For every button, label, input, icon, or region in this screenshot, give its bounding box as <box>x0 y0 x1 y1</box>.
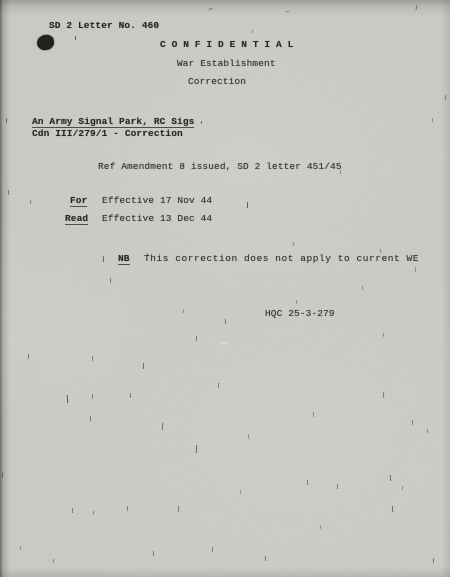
scratch-mark <box>320 525 321 529</box>
scratch-mark <box>53 559 54 563</box>
unit-subject-line: An Army Signal Park, RC Sigs <box>32 116 194 128</box>
scratch-mark <box>247 202 248 208</box>
classification-heading: C O N F I D E N T I A L <box>160 39 293 50</box>
hole-punch-dot <box>36 34 55 51</box>
nb-label: NB <box>118 253 130 265</box>
scratch-mark <box>6 118 7 123</box>
scratch-mark <box>337 484 338 489</box>
scratch-mark <box>265 556 266 561</box>
scratch-mark <box>225 319 227 324</box>
scratch-mark <box>445 95 447 100</box>
scratch-mark <box>313 412 315 417</box>
scratch-mark <box>212 547 213 552</box>
scratch-mark <box>8 190 9 195</box>
for-effective-date: Effective 17 Nov 44 <box>102 195 212 206</box>
scratch-mark <box>30 200 32 204</box>
scratch-mark <box>178 506 179 512</box>
scratch-mark <box>103 256 104 262</box>
scratch-mark <box>296 300 297 304</box>
scratch-mark <box>252 30 254 33</box>
scratch-mark <box>92 394 93 399</box>
scratch-mark <box>93 511 94 515</box>
white-speck <box>220 341 227 344</box>
scratch-mark <box>286 11 289 13</box>
scratch-mark <box>402 486 403 490</box>
scratch-mark <box>433 558 434 563</box>
scratch-mark <box>2 472 3 478</box>
scratch-mark <box>75 36 76 40</box>
read-label: Read <box>65 213 88 225</box>
scratch-mark <box>383 392 384 398</box>
scratch-mark <box>110 278 111 283</box>
amendment-reference-line: Ref Amendment 8 issued, SD 2 letter 451/… <box>98 161 342 172</box>
document-title: War Establishment <box>177 58 276 69</box>
scratch-mark <box>392 506 393 512</box>
scratch-mark <box>427 429 428 433</box>
establishment-reference-line: Cdn III/279/1 - Correction <box>32 128 183 139</box>
scratch-mark <box>240 490 241 494</box>
scratch-mark <box>415 267 416 272</box>
letter-number-line: SD 2 Letter No. 460 <box>49 20 159 31</box>
scratch-mark <box>90 416 91 421</box>
scratch-mark <box>380 249 382 253</box>
scratch-mark <box>183 309 185 313</box>
scratch-mark <box>130 393 131 398</box>
scratch-mark <box>248 434 249 439</box>
scratch-mark <box>307 480 308 485</box>
scratch-mark <box>432 118 433 122</box>
scratch-mark <box>218 383 220 388</box>
scratch-mark <box>72 508 73 513</box>
scratch-mark <box>412 420 414 425</box>
scratch-mark <box>92 356 94 361</box>
scratch-mark <box>143 363 144 369</box>
scratch-mark <box>390 475 391 481</box>
file-reference: HQC 25-3-279 <box>265 308 335 319</box>
scratch-mark <box>383 333 384 337</box>
scratch-mark <box>153 551 154 556</box>
scratch-mark <box>127 506 129 511</box>
document-page: SD 2 Letter No. 460 C O N F I D E N T I … <box>0 0 450 577</box>
scratch-mark <box>196 336 197 341</box>
scratch-mark <box>208 8 212 10</box>
scratch-mark <box>196 445 197 453</box>
scratch-mark <box>416 5 418 10</box>
scratch-mark <box>67 395 68 403</box>
nb-note-text: This correction does not apply to curren… <box>144 253 419 264</box>
scratch-mark <box>362 286 363 290</box>
read-effective-date: Effective 13 Dec 44 <box>102 213 212 224</box>
scratch-mark <box>292 242 294 246</box>
scratch-mark <box>20 546 21 550</box>
scratch-mark <box>201 121 202 124</box>
scratch-mark <box>162 423 163 430</box>
for-label: For <box>70 195 87 207</box>
scratch-mark <box>28 354 29 359</box>
document-subtitle: Correction <box>188 76 246 87</box>
